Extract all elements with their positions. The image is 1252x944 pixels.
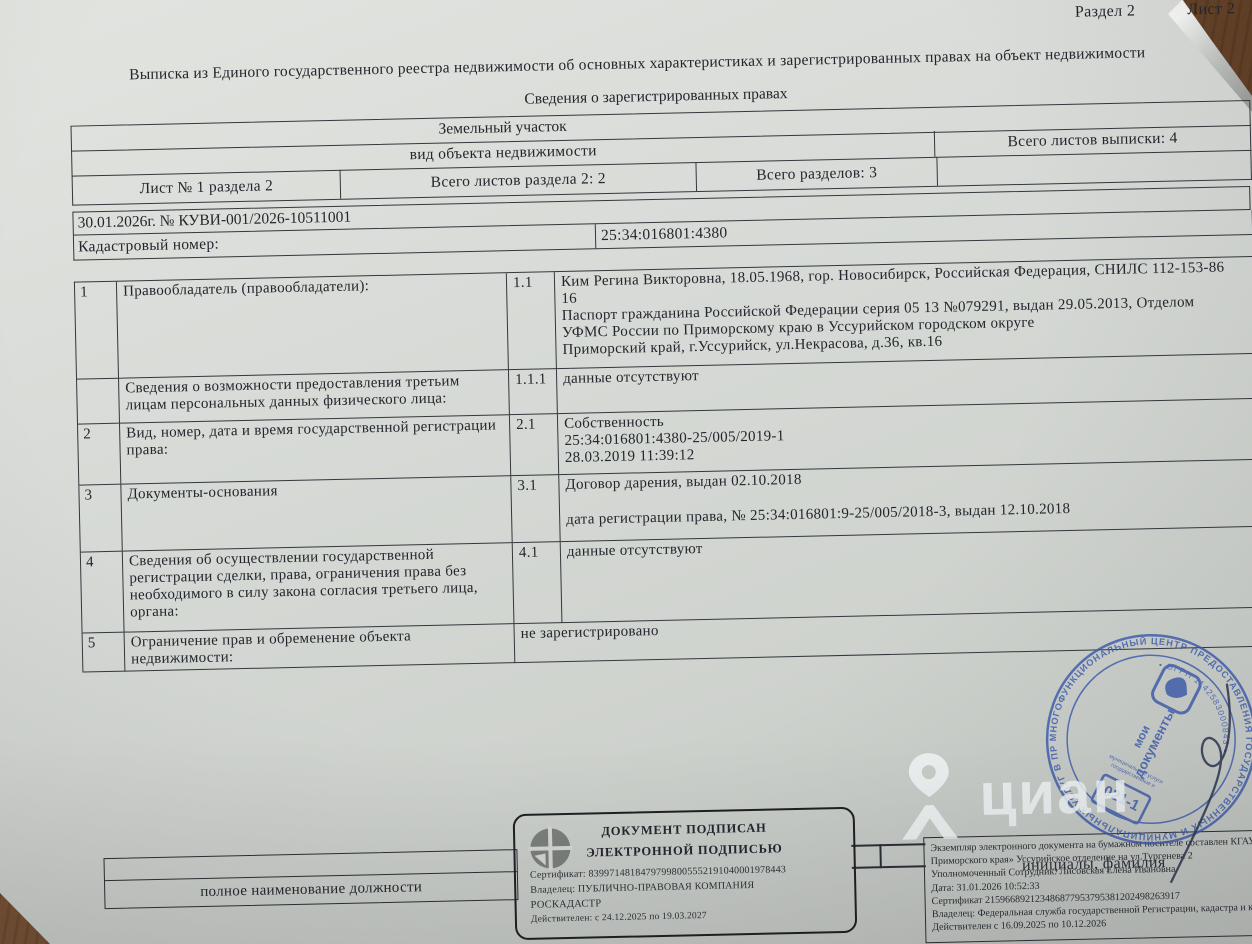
document-content: Раздел 2Лист 2 Выписка из Единого госуда… <box>0 0 1252 944</box>
handwritten-signature <box>0 0 1252 944</box>
photo-of-document: Раздел 2Лист 2 Выписка из Единого госуда… <box>0 0 1252 944</box>
